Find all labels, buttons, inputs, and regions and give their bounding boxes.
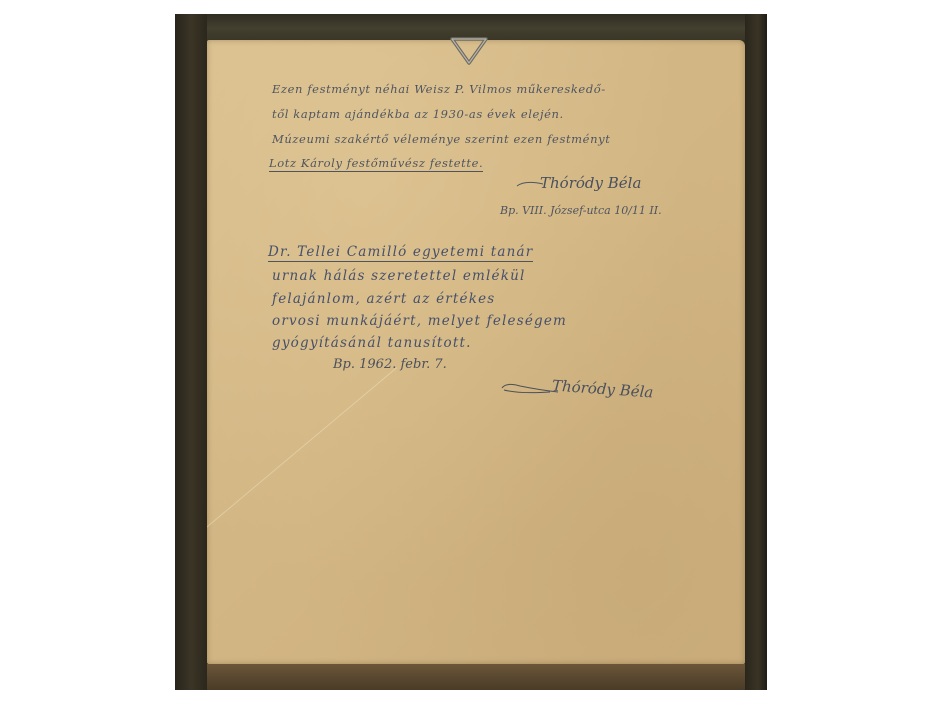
note2-date: Bp. 1962. febr. 7. <box>333 357 447 372</box>
note2-line-3: felajánlom, azért az értékes <box>272 291 495 307</box>
frame-left-rail <box>175 14 207 690</box>
note2-line-5: gyógyításánál tanusított. <box>272 335 472 351</box>
note1-line-2: től kaptam ajándékba az 1930-as évek ele… <box>272 107 564 121</box>
note1-line-3: Múzeumi szakértő véleménye szerint ezen … <box>272 132 610 146</box>
frame-right-rail <box>745 14 767 690</box>
note1-line-4: Lotz Károly festőművész festette. <box>269 156 483 172</box>
note1-address: Bp. VIII. József-utca 10/11 II. <box>500 204 662 217</box>
note2-line-2: urnak hálás szeretettel emlékül <box>272 268 526 284</box>
note2-line-1: Dr. Tellei Camilló egyetemi tanár <box>268 244 533 260</box>
frame-bottom-rail <box>175 664 767 690</box>
note1-line-1: Ezen festményt néhai Weisz P. Vilmos műk… <box>272 82 606 96</box>
note1-signature: Thóródy Béla <box>540 174 641 192</box>
paper-crease <box>207 367 397 561</box>
note2-line-4: orvosi munkájáért, melyet feleségem <box>272 313 567 329</box>
note2-recipient: Dr. Tellei Camilló egyetemi tanár <box>268 244 533 262</box>
